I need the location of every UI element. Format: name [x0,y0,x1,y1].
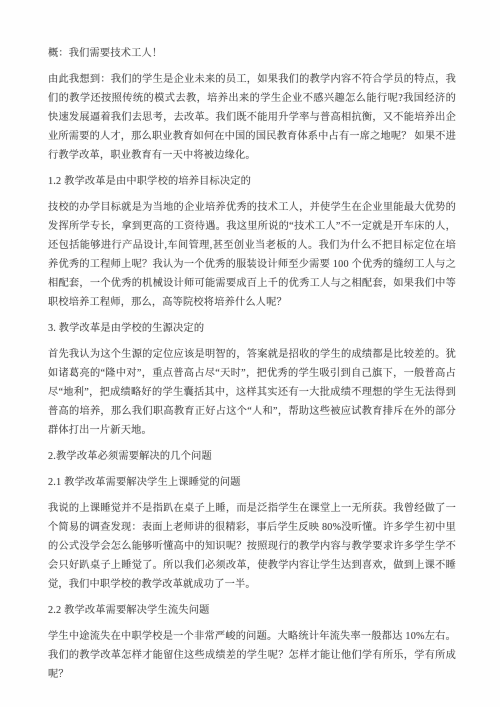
intro-line: 概：我们需要技术工人！ [48,44,456,63]
section-heading-1-2: 1.2 教学改革是由中职学校的培养目标决定的 [48,172,456,191]
section-heading-3: 3. 教学改革是由学校的生源决定的 [48,319,456,338]
paragraph-intro-body: 由此我想到：我们的学生是企业未来的员工，如果我们的教学内容不符合学员的特点，我们… [48,70,456,165]
section-heading-2-2: 2.2 教学改革需要解决学生流失问题 [48,601,456,620]
paragraph-section-2-1: 我说的上课睡觉并不是指趴在桌子上睡，而是泛指学生在课堂上一无所获。我曾经做了一个… [48,499,456,594]
section-heading-2-1: 2.1 教学改革需要解决学生上课睡觉的问题 [48,473,456,492]
paragraph-section-2-2: 学生中途流失在中职学校是一个非常严峻的问题。大略统计年流失率一般都达 10%左右… [48,627,456,684]
document-body: 概：我们需要技术工人！ 由此我想到：我们的学生是企业未来的员工，如果我们的教学内… [48,44,456,684]
document-page: 概：我们需要技术工人！ 由此我想到：我们的学生是企业未来的员工，如果我们的教学内… [0,0,500,707]
paragraph-section-1-2: 技校的办学目标就是为当地的企业培养优秀的技术工人，并使学生在企业里能最大优势的发… [48,198,456,312]
paragraph-section-3: 首先我认为这个生源的定位应该是明智的，答案就是招收的学生的成绩都是比较差的。犹如… [48,345,456,440]
section-heading-2: 2.教学改革必须需要解决的几个问题 [48,447,456,466]
